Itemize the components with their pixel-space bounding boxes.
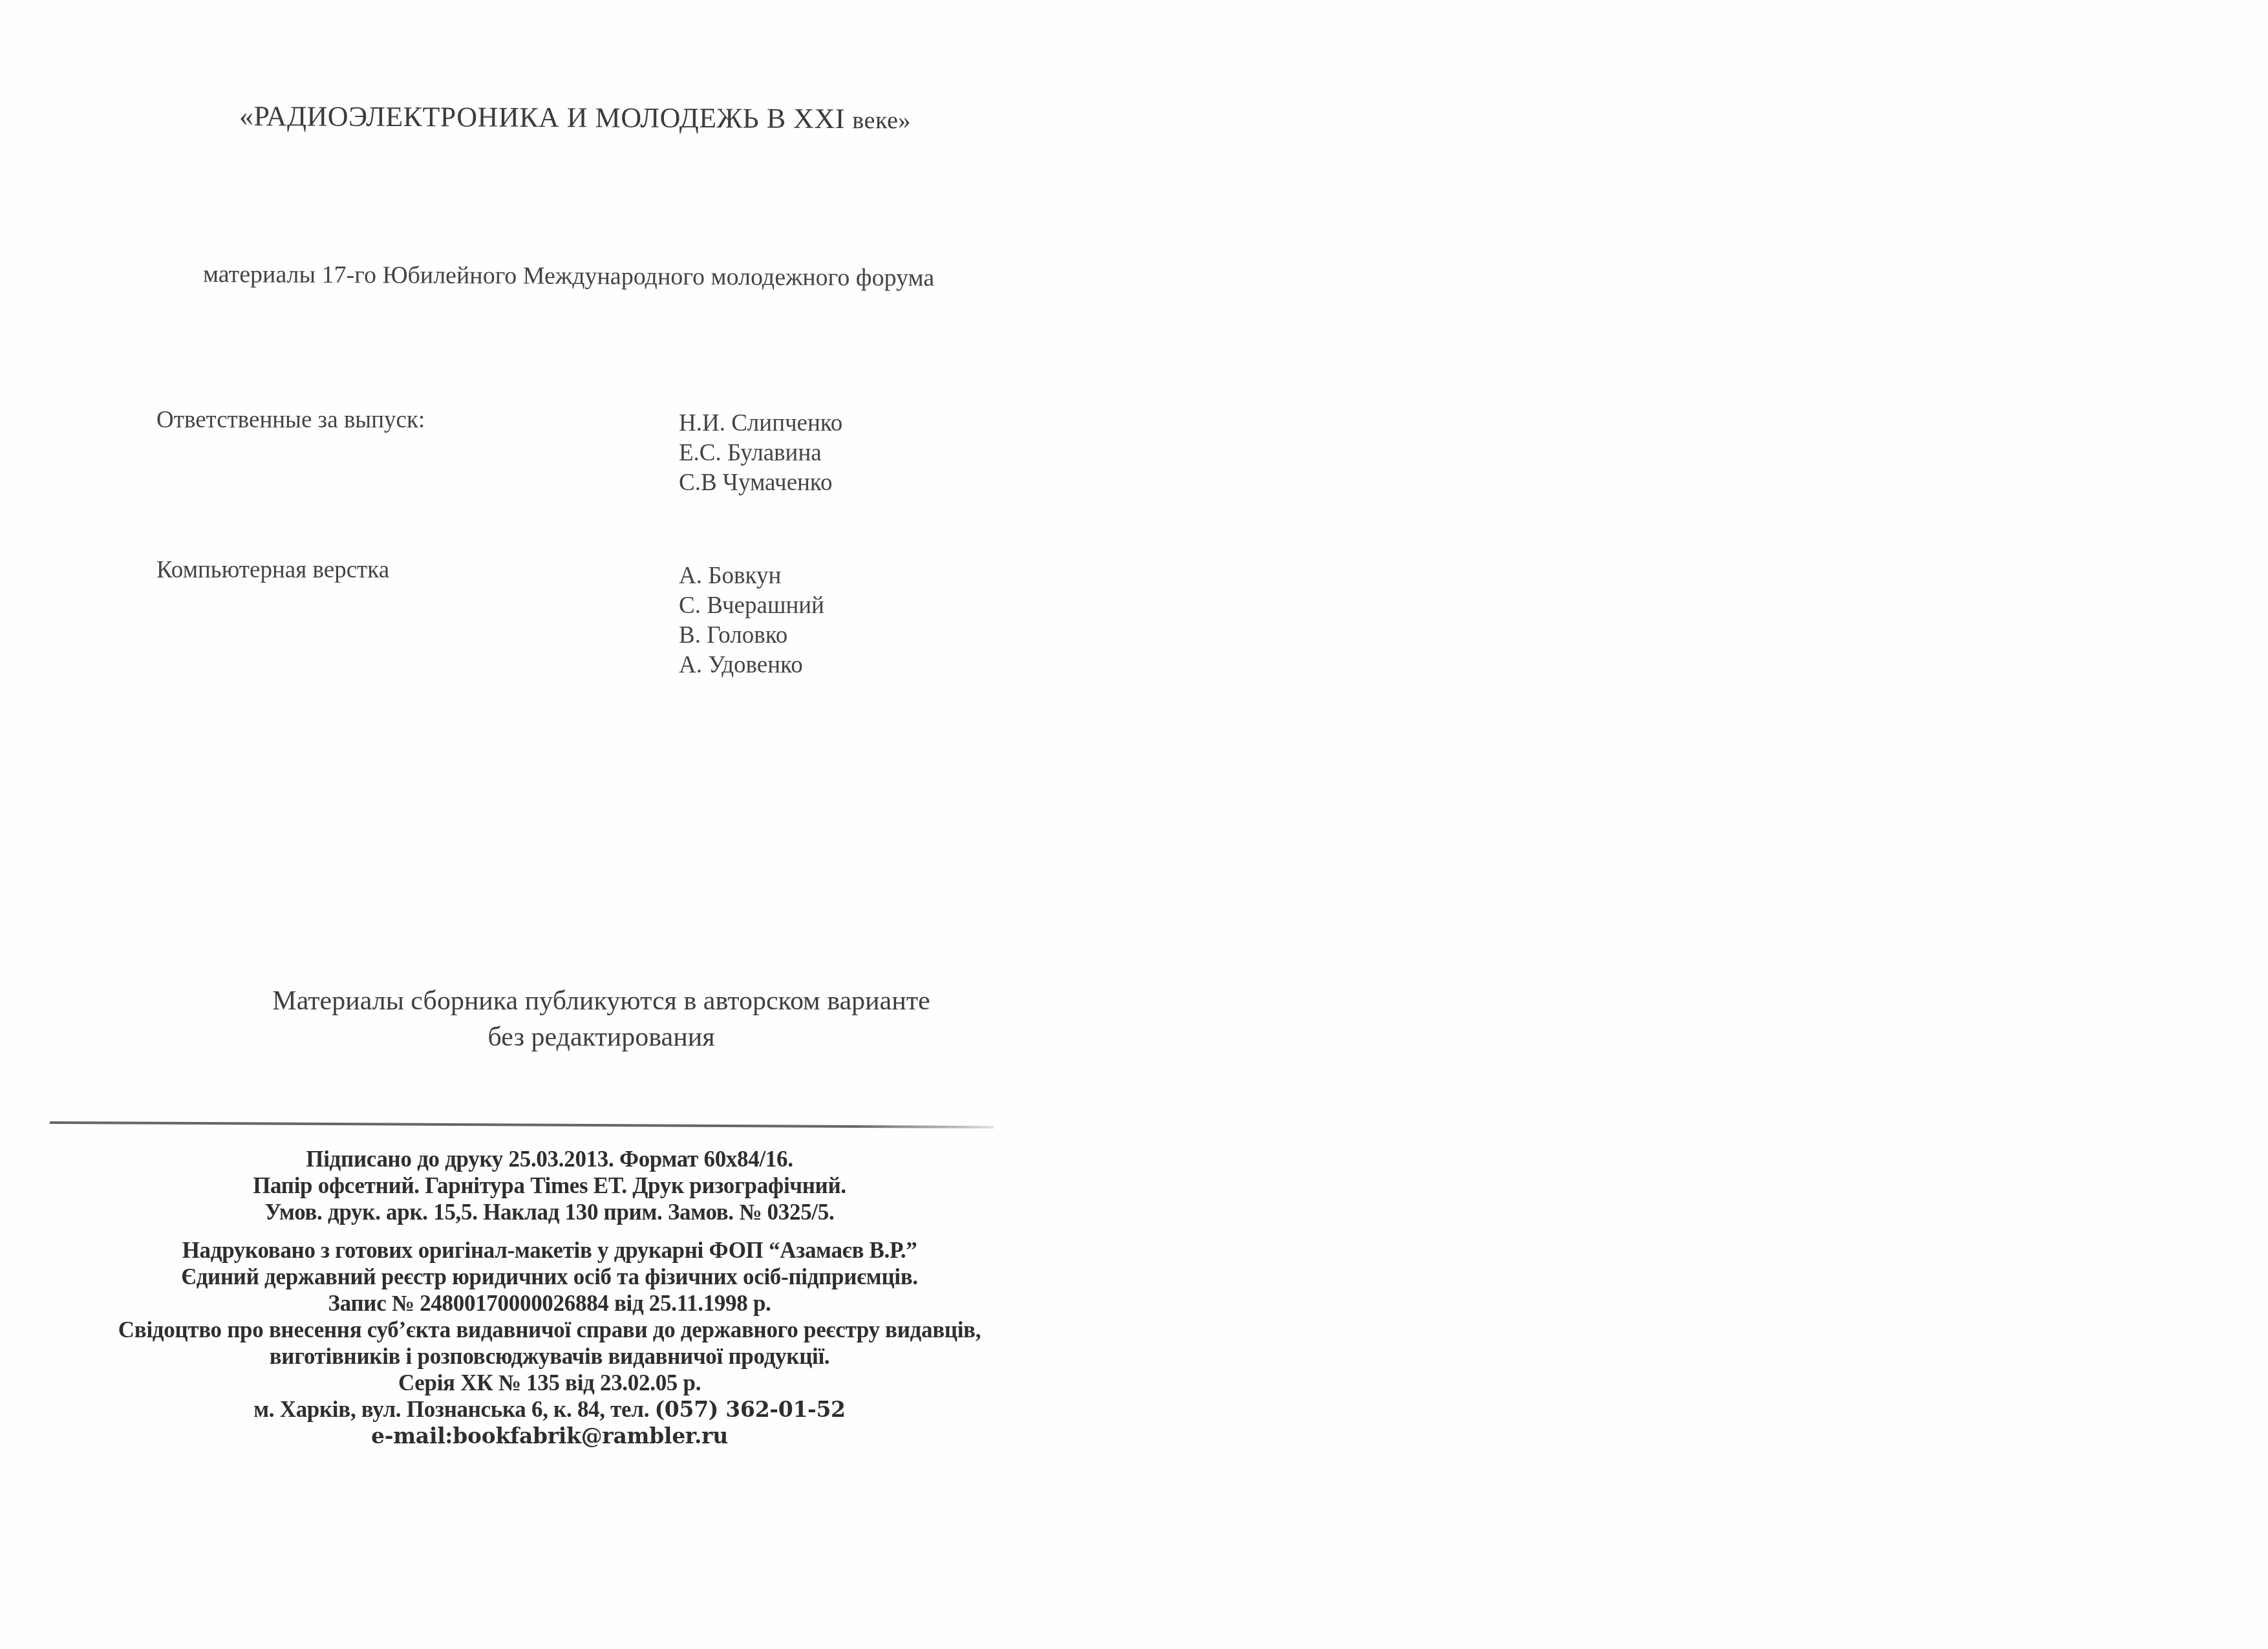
notice-line-1: Материалы сборника публикуются в авторск… [194,983,1009,1019]
layout-label: Компьютерная верстка [156,556,389,584]
forum-title-main: «РАДИОЭЛЕКТРОНИКА И МОЛОДЕЖЬ В XXI [239,100,853,135]
printer-email: e-mail:bookfabrik@rambler.ru [91,1423,1009,1449]
forum-title-tail: веке» [852,107,911,134]
layout-name: С. Вчерашний [679,591,824,621]
print-info: Підписано до друку 25.03.2013. Формат 60… [91,1146,1009,1225]
responsible-name: Е.С. Булавина [679,438,842,468]
printer-info-line: Єдиний державний реєстр юридичних осіб т… [91,1264,1009,1290]
layout-name: В. Головко [679,621,824,651]
printer-info-line: Надруковано з готових оригінал-макетів у… [91,1237,1009,1264]
responsible-name: Н.И. Слипченко [679,409,842,438]
printer-info-line: виготівників і розповсюджувачів видавнич… [91,1343,1009,1370]
printer-info-line: Серія ХК № 135 від 23.02.05 р. [91,1370,1009,1396]
print-info-line: Підписано до друку 25.03.2013. Формат 60… [91,1146,1009,1172]
horizontal-divider [50,1121,994,1128]
phone-number: (057) 362-01-52 [655,1397,846,1422]
responsible-names: Н.И. Слипченко Е.С. Булавина С.В Чумачен… [679,409,842,498]
document-page: «РАДИОЭЛЕКТРОНИКА И МОЛОДЕЖЬ В XXI веке»… [0,0,2268,1649]
forum-subtitle: материалы 17-го Юбилейного Международног… [203,260,934,292]
address-text: м. Харків, вул. Познанська 6, к. 84, тел… [253,1397,654,1422]
print-info-line: Папір офсетний. Гарнітура Times ET. Друк… [91,1172,1009,1199]
printer-info-line: Свідоцтво про внесення суб’єкта видавнич… [91,1317,1009,1343]
layout-names: А. Бовкун С. Вчерашний В. Головко А. Удо… [679,561,824,680]
notice-line-2: без редактирования [194,1019,1009,1055]
forum-title: «РАДИОЭЛЕКТРОНИКА И МОЛОДЕЖЬ В XXI веке» [239,100,911,136]
responsible-label: Ответственные за выпуск: [156,406,425,434]
publication-notice: Материалы сборника публикуются в авторск… [194,983,1009,1055]
responsible-name: С.В Чумаченко [679,468,842,498]
layout-name: А. Удовенко [679,651,824,680]
printer-info-line: Запис № 24800170000026884 від 25.11.1998… [91,1290,1009,1317]
print-info-line: Умов. друк. арк. 15,5. Наклад 130 прим. … [91,1199,1009,1225]
layout-name: А. Бовкун [679,561,824,591]
printer-address: м. Харків, вул. Познанська 6, к. 84, тел… [91,1396,1009,1423]
printer-info: Надруковано з готових оригінал-макетів у… [91,1237,1009,1449]
